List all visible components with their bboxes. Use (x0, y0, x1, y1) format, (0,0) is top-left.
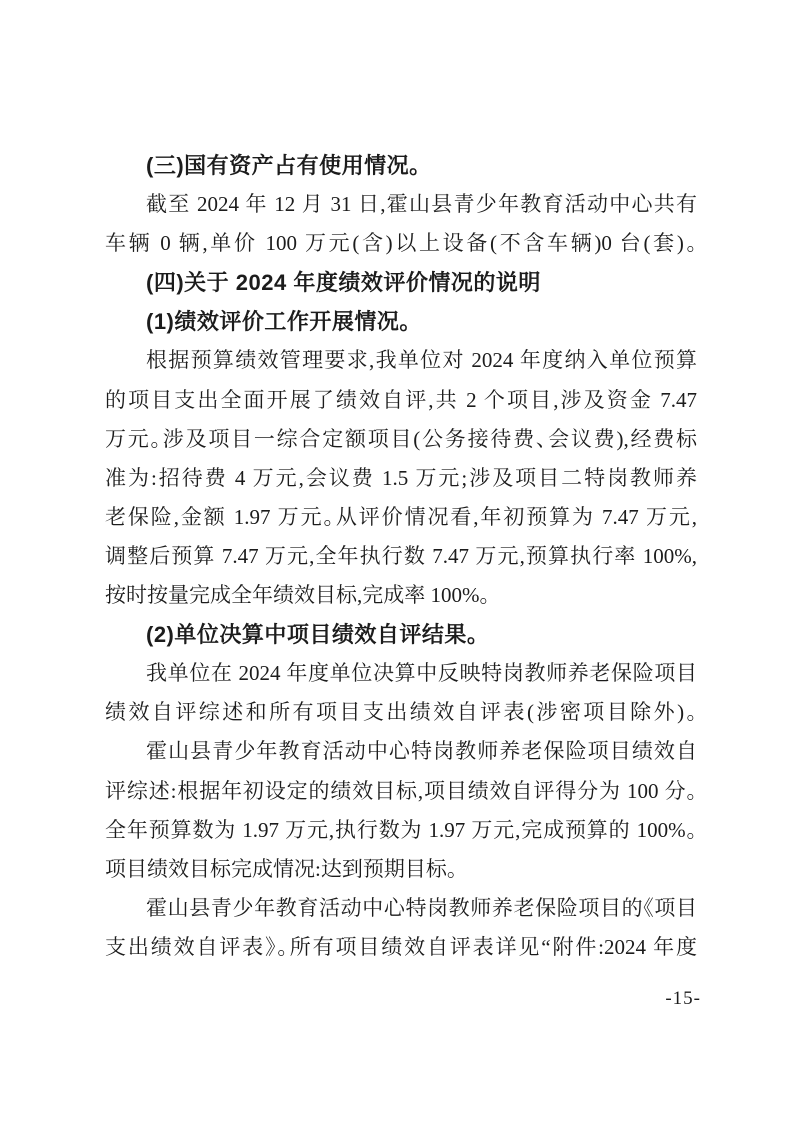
page-number: -15- (665, 988, 701, 1010)
paragraph-line: 万元。涉及项目一综合定额项目(公务接待费、会议费),经费标 (105, 420, 697, 459)
subsection-heading-self-evaluation-results: (2)单位决算中项目绩效自评结果。 (105, 615, 697, 654)
paragraph-line: 准为:招待费 4 万元,会议费 1.5 万元;涉及项目二特岗教师养 (105, 459, 697, 498)
paragraph-line: 车辆 0 辆,单价 100 万元(含)以上设备(不含车辆)0 台(套)。 (105, 224, 697, 263)
paragraph-line: 霍山县青少年教育活动中心特岗教师养老保险项目绩效自 (105, 732, 697, 771)
paragraph-line: 截至 2024 年 12 月 31 日,霍山县青少年教育活动中心共有 (105, 185, 697, 224)
paragraph-line: 绩效自评综述和所有项目支出绩效自评表(涉密项目除外)。 (105, 693, 697, 732)
paragraph-line: 按时按量完成全年绩效目标,完成率 100%。 (105, 576, 697, 615)
section-heading-state-assets: (三)国有资产占有使用情况。 (105, 146, 697, 185)
section-heading-performance-2024: (四)关于 2024 年度绩效评价情况的说明 (105, 263, 697, 302)
paragraph-line: 全年预算数为 1.97 万元,执行数为 1.97 万元,完成预算的 100%。 (105, 811, 697, 850)
paragraph-line: 项目绩效目标完成情况:达到预期目标。 (105, 850, 697, 889)
paragraph-line: 霍山县青少年教育活动中心特岗教师养老保险项目的《项目 (105, 889, 697, 928)
paragraph-line: 评综述:根据年初设定的绩效目标,项目绩效自评得分为 100 分。 (105, 772, 697, 811)
paragraph-line: 老保险,金额 1.97 万元。从评价情况看,年初预算为 7.47 万元, (105, 498, 697, 537)
paragraph-line: 根据预算绩效管理要求,我单位对 2024 年度纳入单位预算 (105, 341, 697, 380)
page-body-text: (三)国有资产占有使用情况。 截至 2024 年 12 月 31 日,霍山县青少… (105, 146, 697, 967)
paragraph-line: 调整后预算 7.47 万元,全年执行数 7.47 万元,预算执行率 100%, (105, 537, 697, 576)
subsection-heading-evaluation-work: (1)绩效评价工作开展情况。 (105, 302, 697, 341)
paragraph-line: 的项目支出全面开展了绩效自评,共 2 个项目,涉及资金 7.47 (105, 381, 697, 420)
document-page: (三)国有资产占有使用情况。 截至 2024 年 12 月 31 日,霍山县青少… (0, 0, 793, 1122)
paragraph-line: 我单位在 2024 年度单位决算中反映特岗教师养老保险项目 (105, 654, 697, 693)
paragraph-line: 支出绩效自评表》。所有项目绩效自评表详见“附件:2024 年度 (105, 928, 697, 967)
